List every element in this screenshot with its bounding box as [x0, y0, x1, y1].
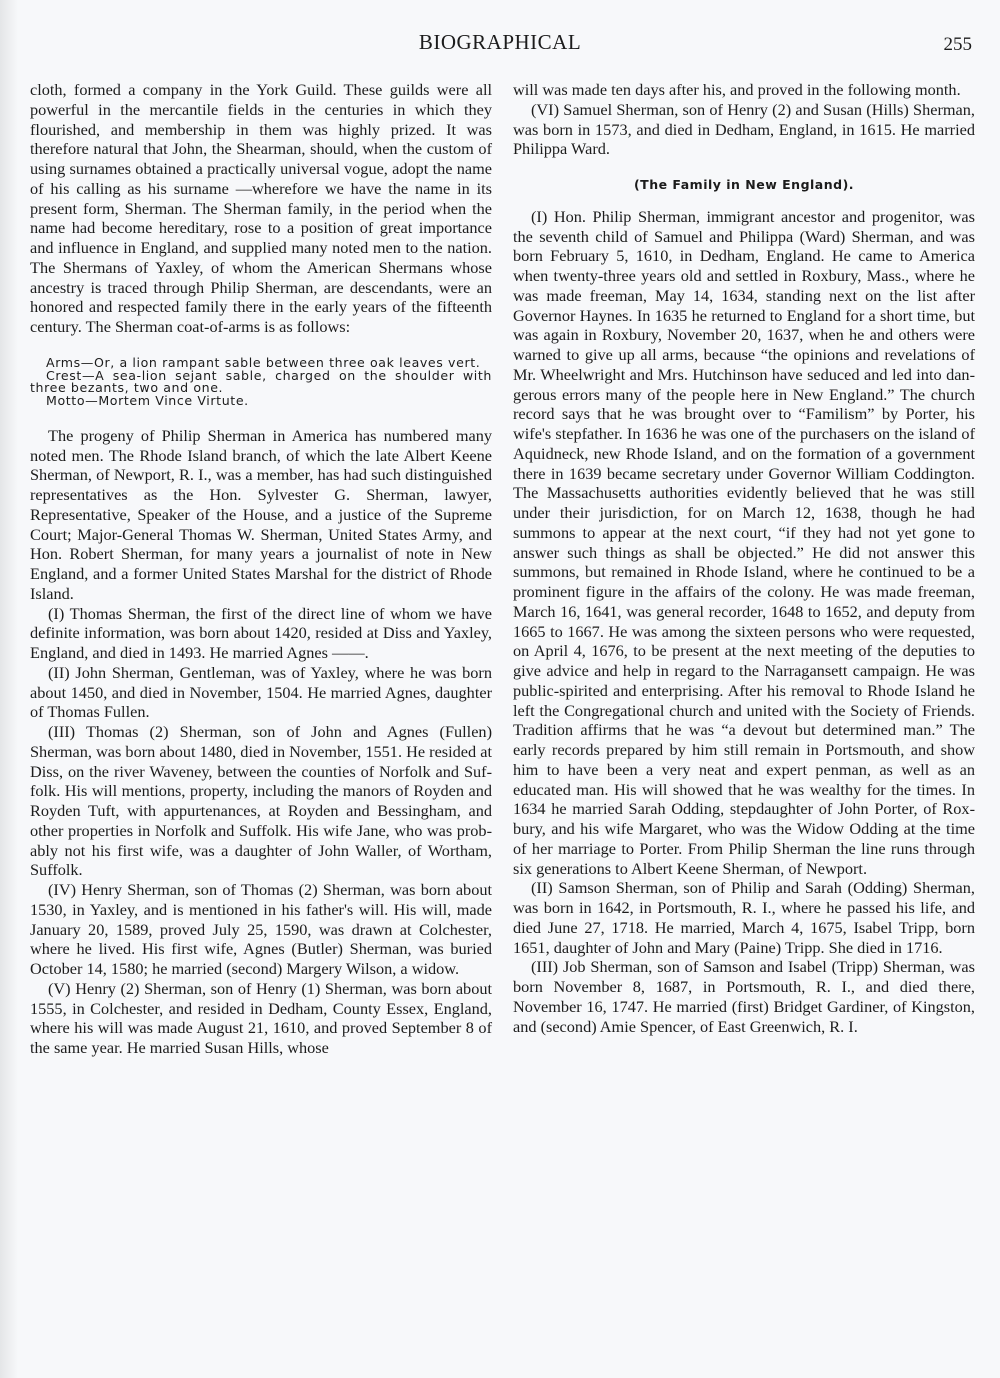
paragraph-philip-i: (I) Hon. Philip Sherman, immigrant ances… [513, 207, 975, 879]
paragraph-henry-iv: (IV) Henry Sherman, son of Thomas (2) Sh… [30, 880, 492, 979]
page-edge-shadow [0, 0, 18, 1378]
paragraph-samson-ii: (II) Samson Sherman, son of Philip and S… [513, 878, 975, 957]
blazon-crest: Crest—A sea-lion sejant sable, charged o… [30, 370, 492, 396]
running-head: BIOGRAPHICAL [0, 30, 1000, 55]
section-heading-new-england: (The Family in New England). [513, 175, 975, 195]
left-column: cloth, formed a company in the York Guil… [30, 80, 492, 1058]
paragraph-john-ii: (II) John Sherman, Gentleman, was of Yax… [30, 663, 492, 722]
paragraph-samuel-vi: (VI) Samuel Sherman, son of Henry (2) an… [513, 100, 975, 159]
paragraph-thomas-iii: (III) Thomas (2) Sherman, son of John an… [30, 722, 492, 880]
right-column: will was made ten days after his, and pr… [513, 80, 975, 1036]
coat-of-arms-blazon: Arms—Or, a lion rampant sable between th… [30, 357, 492, 408]
page-number: 255 [944, 34, 973, 56]
paragraph-job-iii: (III) Job Sherman, son of Samson and Isa… [513, 957, 975, 1036]
paragraph-henry-v: (V) Henry (2) Sherman, son of Henry (1) … [30, 979, 492, 1058]
paragraph-progeny: The progeny of Philip Sherman in America… [30, 426, 492, 604]
paragraph-guilds: cloth, formed a company in the York Guil… [30, 80, 492, 337]
page-header: BIOGRAPHICAL 255 [0, 30, 1000, 60]
paragraph-thomas-i: (I) Thomas Sherman, the first of the dir… [30, 604, 492, 663]
blazon-motto: Motto—Mortem Vince Virtute. [30, 395, 492, 408]
paragraph-will-continued: will was made ten days after his, and pr… [513, 80, 975, 100]
